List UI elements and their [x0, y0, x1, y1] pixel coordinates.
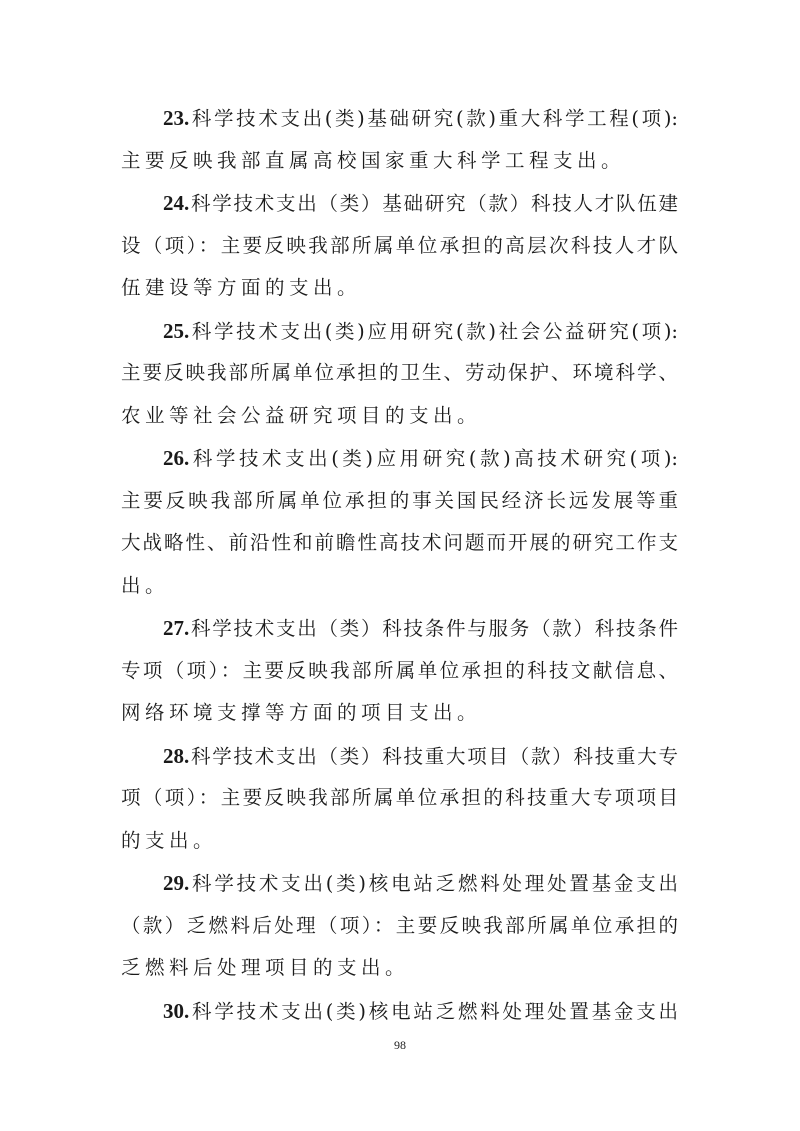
paragraph-26-line-2: 主要反映我部所属单位承担的事关国民经济长远发展等重	[121, 480, 678, 523]
paragraph-23-line-2: 主要反映我部直属高校国家重大科学工程支出。	[121, 140, 678, 183]
page-number: 98	[0, 1038, 800, 1053]
paragraph-24-line-2: 设（项）：主要反映我部所属单位承担的高层次科技人才队	[121, 225, 678, 268]
paragraph-30-line-1: 30.科学技术支出(类)核电站乏燃料处理处置基金支出	[121, 990, 678, 1033]
item-number: 26.	[163, 446, 189, 470]
paragraph-26-line-3: 大战略性、前沿性和前瞻性高技术问题而开展的研究工作支	[121, 522, 678, 565]
paragraph-27-line-3: 网络环境支撑等方面的项目支出。	[121, 692, 678, 735]
paragraph-25-line-3: 农业等社会公益研究项目的支出。	[121, 395, 678, 438]
body-text: 23.科学技术支出(类)基础研究(款)重大科学工程(项): 主要反映我部直属高校…	[121, 97, 678, 1032]
paragraph-29-line-3: 乏燃料后处理项目的支出。	[121, 947, 678, 990]
paragraph-29-line-2: （款）乏燃料后处理（项）：主要反映我部所属单位承担的	[121, 905, 678, 948]
item-number: 24.	[163, 191, 189, 215]
paragraph-24-line-3: 伍建设等方面的支出。	[121, 267, 678, 310]
paragraph-24-line-1: 24.科学技术支出（类）基础研究（款）科技人才队伍建	[121, 182, 678, 225]
item-number: 30.	[163, 999, 189, 1023]
item-number: 27.	[163, 616, 189, 640]
paragraph-25-line-1: 25.科学技术支出(类)应用研究(款)社会公益研究(项):	[121, 310, 678, 353]
item-number: 28.	[163, 744, 189, 768]
document-page: 23.科学技术支出(类)基础研究(款)重大科学工程(项): 主要反映我部直属高校…	[0, 0, 800, 1131]
paragraph-23-line-1: 23.科学技术支出(类)基础研究(款)重大科学工程(项):	[121, 97, 678, 140]
item-number: 29.	[163, 871, 189, 895]
paragraph-28-line-1: 28.科学技术支出（类）科技重大项目（款）科技重大专	[121, 735, 678, 778]
item-number: 25.	[163, 319, 189, 343]
paragraph-29-line-1: 29.科学技术支出(类)核电站乏燃料处理处置基金支出	[121, 862, 678, 905]
paragraph-25-line-2: 主要反映我部所属单位承担的卫生、劳动保护、环境科学、	[121, 352, 678, 395]
paragraph-26-line-1: 26.科学技术支出(类)应用研究(款)高技术研究(项):	[121, 437, 678, 480]
paragraph-27-line-2: 专项（项）：主要反映我部所属单位承担的科技文献信息、	[121, 650, 678, 693]
paragraph-28-line-2: 项（项）：主要反映我部所属单位承担的科技重大专项项目	[121, 777, 678, 820]
item-number: 23.	[163, 106, 189, 130]
paragraph-26-line-4: 出。	[121, 565, 678, 608]
paragraph-28-line-3: 的支出。	[121, 820, 678, 863]
paragraph-27-line-1: 27.科学技术支出（类）科技条件与服务（款）科技条件	[121, 607, 678, 650]
